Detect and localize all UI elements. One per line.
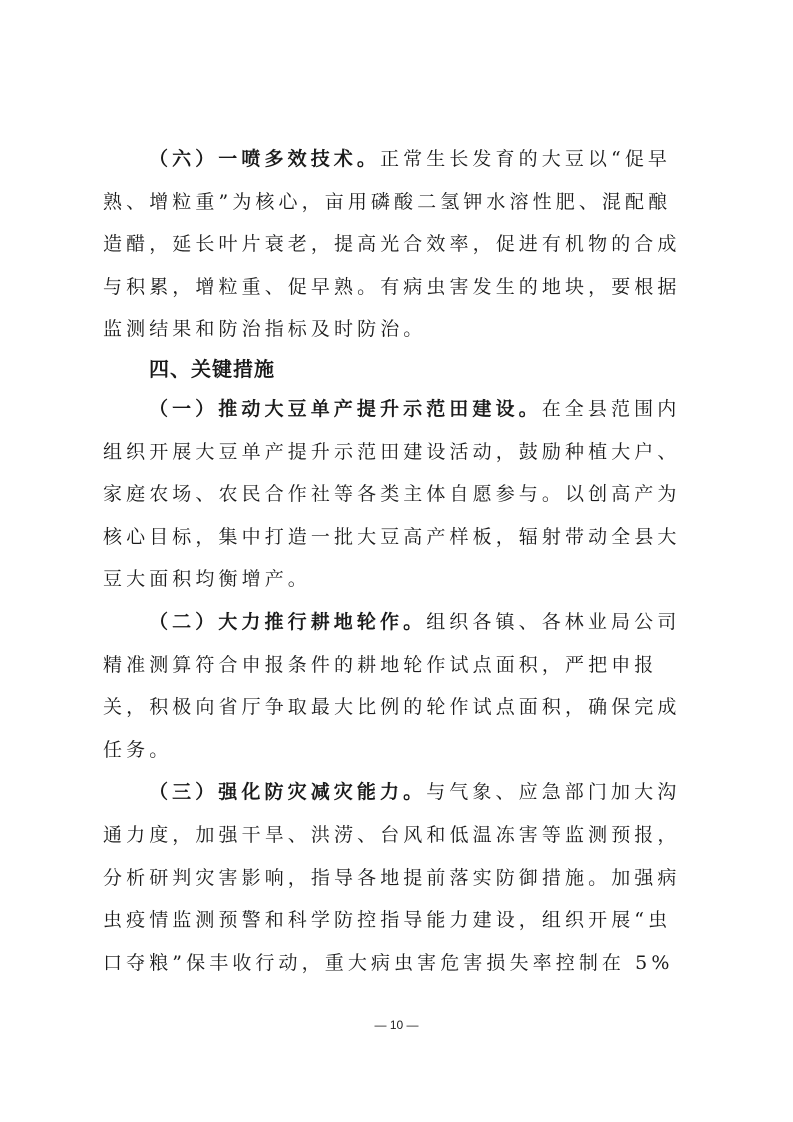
paragraph-line: 虫疫情监测预警和科学防控指导能力建设，组织开展“虫 — [103, 899, 709, 942]
document-body: （六）一喷多效技术。正常生长发育的大豆以“促早 熟、增粒重”为核心，亩用磷酸二氢… — [103, 138, 709, 984]
paragraph-text: 组织各镇、各林业局公司 — [426, 611, 680, 633]
paragraph-line: 监测结果和防治指标及时防治。 — [103, 308, 709, 351]
paragraph-first-line: （六）一喷多效技术。正常生长发育的大豆以“促早 — [103, 138, 709, 181]
paragraph-lead: （二）大力推行耕地轮作。 — [149, 611, 426, 633]
paragraph-line: 与积累，增粒重、促早熟。有病虫害发生的地块，要根据 — [103, 266, 709, 309]
paragraph-first-line: （一）推动大豆单产提升示范田建设。在全县范围内 — [103, 388, 709, 431]
paragraph-lead: （一）推动大豆单产提升示范田建设。 — [149, 398, 542, 420]
paragraph-line: 口夺粮”保丰收行动，重大病虫害危害损失率控制在 5% — [103, 942, 709, 985]
paragraph-crop-rotation: （二）大力推行耕地轮作。组织各镇、各林业局公司 精准测算符合申报条件的耕地轮作试… — [103, 601, 709, 771]
paragraph-line: 核心目标，集中打造一批大豆高产样板，辐射带动全县大 — [103, 516, 709, 559]
section-heading: 四、关键措施 — [103, 351, 709, 388]
paragraph-line: 分析研判灾害影响，指导各地提前落实防御措施。加强病 — [103, 857, 709, 900]
paragraph-line: 熟、增粒重”为核心，亩用磷酸二氢钾水溶性肥、混配酿 — [103, 181, 709, 224]
paragraph-text: 与气象、应急部门加大沟 — [426, 781, 680, 803]
paragraph-text: 正常生长发育的大豆以“促早 — [380, 148, 671, 170]
paragraph-line: 关，积极向省厅争取最大比例的轮作试点面积，确保完成 — [103, 686, 709, 729]
paragraph-line: 豆大面积均衡增产。 — [103, 558, 709, 601]
paragraph-line: 任务。 — [103, 729, 709, 772]
paragraph-one-spray-multi-effect: （六）一喷多效技术。正常生长发育的大豆以“促早 熟、增粒重”为核心，亩用磷酸二氢… — [103, 138, 709, 351]
paragraph-line: 精准测算符合申报条件的耕地轮作试点面积，严把申报 — [103, 644, 709, 687]
paragraph-line: 家庭农场、农民合作社等各类主体自愿参与。以创高产为 — [103, 473, 709, 516]
document-page: （六）一喷多效技术。正常生长发育的大豆以“促早 熟、增粒重”为核心，亩用磷酸二氢… — [0, 0, 793, 1122]
paragraph-line: 通力度，加强干旱、洪涝、台风和低温冻害等监测预报， — [103, 814, 709, 857]
paragraph-line: 造醋，延长叶片衰老，提高光合效率，促进有机物的合成 — [103, 223, 709, 266]
paragraph-lead: （六）一喷多效技术。 — [149, 148, 380, 170]
paragraph-first-line: （二）大力推行耕地轮作。组织各镇、各林业局公司 — [103, 601, 709, 644]
paragraph-lead: （三）强化防灾减灾能力。 — [149, 781, 426, 803]
paragraph-disaster-prevention: （三）强化防灾减灾能力。与气象、应急部门加大沟 通力度，加强干旱、洪涝、台风和低… — [103, 771, 709, 984]
paragraph-first-line: （三）强化防灾减灾能力。与气象、应急部门加大沟 — [103, 771, 709, 814]
page-number: — 10 — — [0, 1018, 793, 1032]
paragraph-text: 在全县范围内 — [542, 398, 681, 420]
paragraph-line: 组织开展大豆单产提升示范田建设活动，鼓励种植大户、 — [103, 431, 709, 474]
paragraph-demo-field-construction: （一）推动大豆单产提升示范田建设。在全县范围内 组织开展大豆单产提升示范田建设活… — [103, 388, 709, 601]
